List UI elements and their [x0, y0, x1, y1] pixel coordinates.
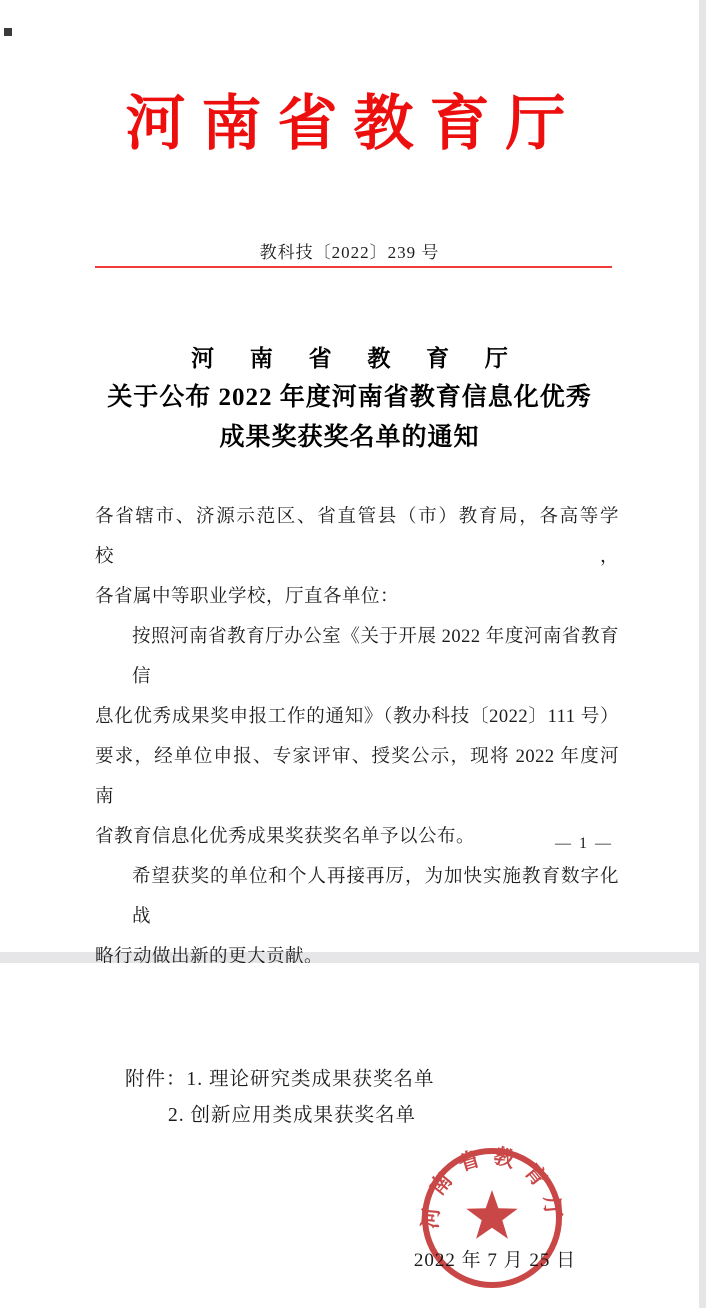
attachment-list-item-2: 2. 创新应用类成果获奖名单: [168, 1099, 416, 1127]
official-seal: 河南省教育厅: [417, 1143, 567, 1293]
letterhead-title: 河南省教育厅: [0, 76, 699, 162]
body-paragraphs: 各省辖市、济源示范区、省直管县（市）教育局，各高等学校，各省属中等职业学校，厅直…: [95, 497, 619, 977]
screen-artifact-dot: [4, 28, 12, 36]
document-page-1: 河南省教育厅 教科技〔2022〕239 号 河 南 省 教 育 厅 关于公布 2…: [0, 0, 699, 952]
notice-title-line3: 成果奖获奖名单的通知: [0, 418, 699, 458]
seal-star-icon: [466, 1190, 517, 1239]
document-page-2: 附件：1. 理论研究类成果获奖名单 2. 创新应用类成果获奖名单 2022 年 …: [0, 963, 699, 1308]
notice-title: 河 南 省 教 育 厅 关于公布 2022 年度河南省教育信息化优秀 成果奖获奖…: [0, 340, 699, 458]
attachment-list-item-1: 附件：1. 理论研究类成果获奖名单: [125, 1063, 435, 1091]
body-line: 息化优秀成果奖申报工作的通知》（教办科技〔2022〕111 号）: [95, 697, 619, 737]
notice-title-line1: 河 南 省 教 育 厅: [0, 340, 699, 378]
page-number: — 1 —: [555, 835, 613, 853]
letterhead-divider-line: [95, 266, 612, 268]
body-line: 要求，经单位申报、专家评审、授奖公示，现将 2022 年度河南: [95, 737, 619, 817]
notice-title-line2: 关于公布 2022 年度河南省教育信息化优秀: [0, 378, 699, 418]
body-line: 各省辖市、济源示范区、省直管县（市）教育局，各高等学校，: [95, 497, 619, 577]
body-line: 按照河南省教育厅办公室《关于开展 2022 年度河南省教育信: [95, 617, 619, 697]
body-line: 希望获奖的单位和个人再接再厉，为加快实施教育数字化战: [95, 857, 619, 937]
document-number: 教科技〔2022〕239 号: [0, 238, 699, 263]
body-line: 各省属中等职业学校，厅直各单位：: [95, 577, 619, 617]
body-line: 省教育信息化优秀成果奖获奖名单予以公布。: [95, 817, 619, 857]
